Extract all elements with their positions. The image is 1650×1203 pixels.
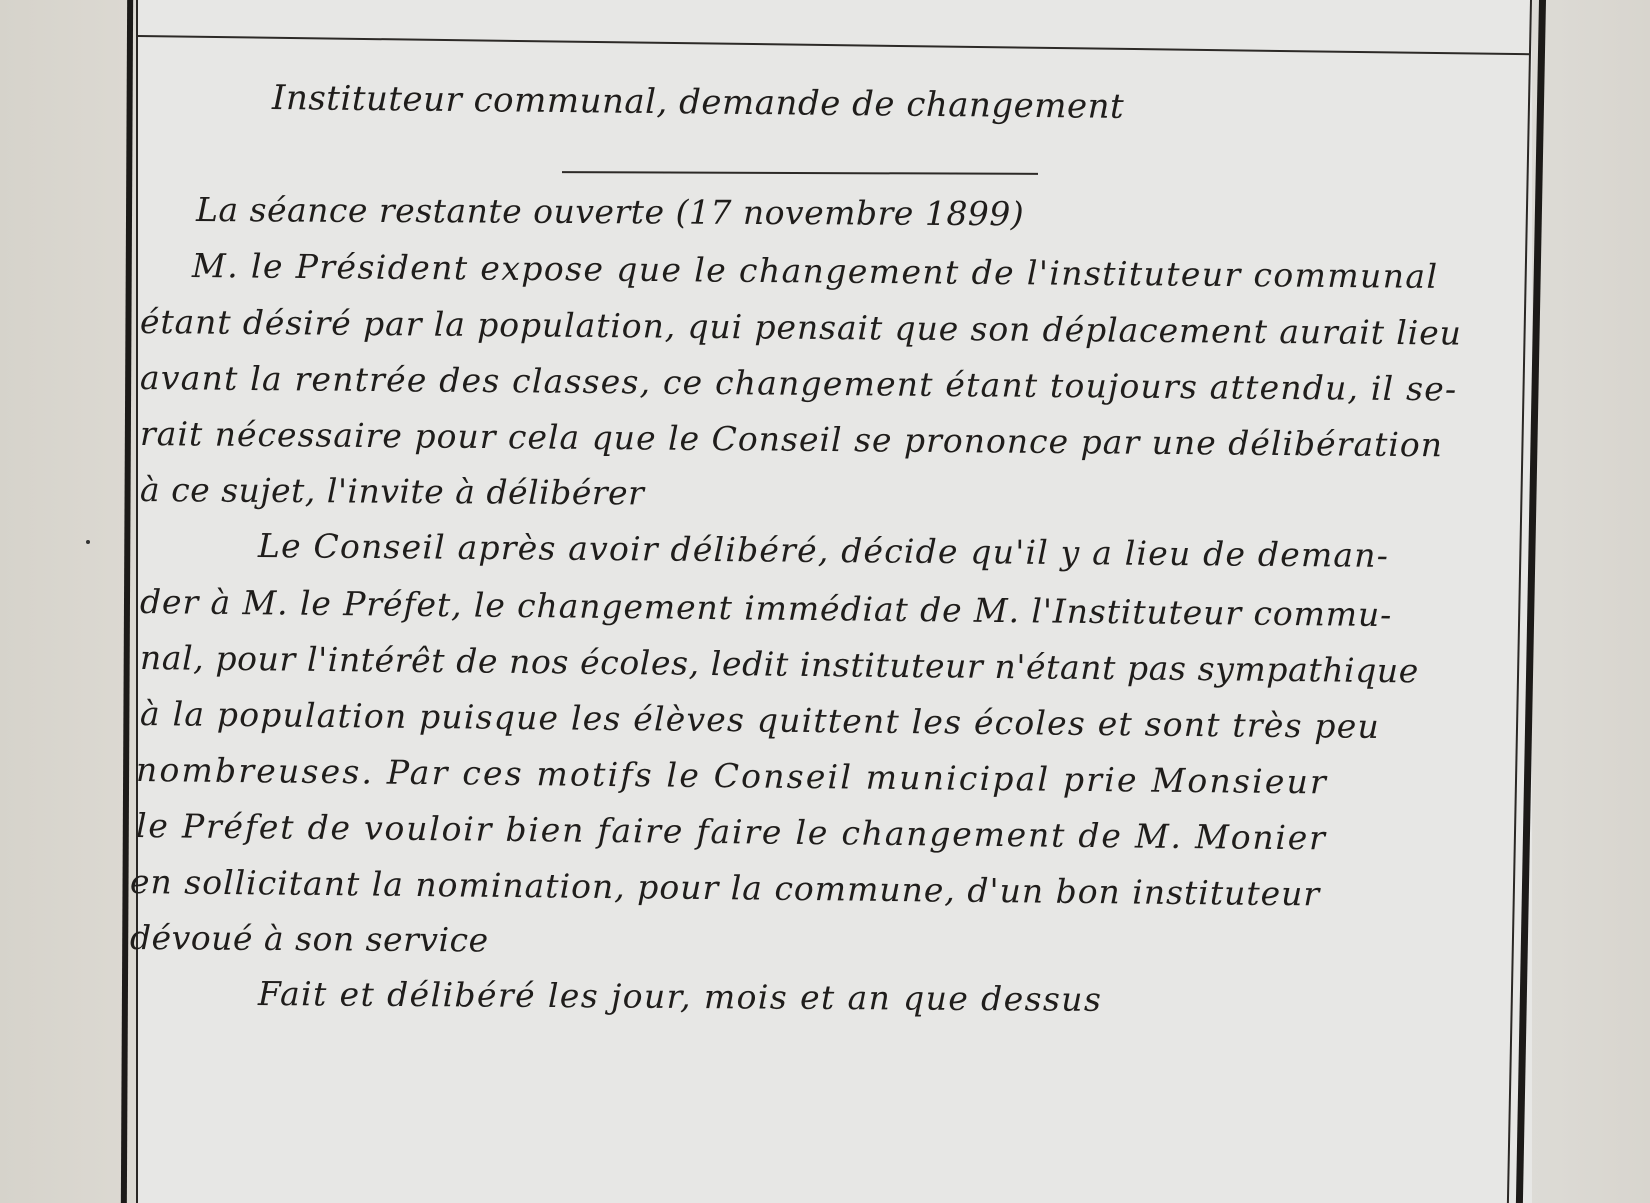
closing-line: Fait et délibéré les jour, mois et an qu… xyxy=(258,974,1103,1019)
date-line: La séance restante ouverte (17 novembre … xyxy=(196,190,1024,233)
photographed-register-page: Instituteur communal, demande de changem… xyxy=(0,0,1650,1203)
body-line-5: à ce sujet, l'invite à délibérer xyxy=(140,470,645,513)
left-border-thick-rule xyxy=(121,0,133,1203)
margin-ink-dot xyxy=(86,540,90,544)
body-line-13: dévoué à son service xyxy=(130,918,489,960)
left-border-thin-rule xyxy=(136,0,138,1203)
